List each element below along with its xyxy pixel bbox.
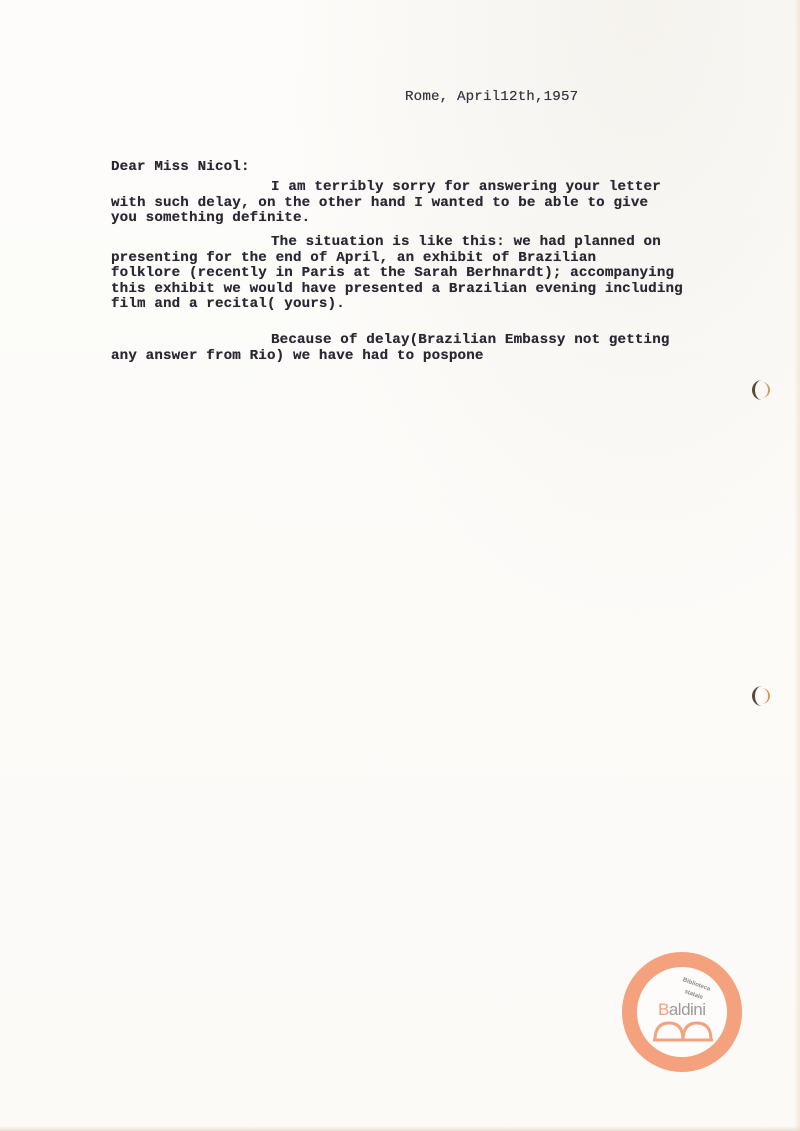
paragraph-2: The situation is like this: we had plann…: [111, 235, 683, 313]
stamp-name-initial: B: [658, 1000, 669, 1019]
salutation: Dear Miss Nicol:: [111, 160, 250, 176]
stamp-name: Baldini: [658, 1000, 706, 1020]
library-stamp: Biblioteca statale Baldini: [622, 952, 742, 1072]
paragraph-line: you something definite.: [111, 211, 661, 227]
page-edge-right: [794, 0, 800, 1131]
paragraph-line: with such delay, on the other hand I wan…: [111, 196, 661, 212]
paragraph-line: folklore (recently in Paris at the Sarah…: [111, 266, 683, 282]
punch-hole-icon: [752, 380, 770, 400]
paragraph-line: Because of delay(Brazilian Embassy not g…: [111, 333, 670, 349]
paragraph-line: any answer from Rio) we have had to posp…: [111, 349, 670, 365]
paragraph-line: this exhibit we would have presented a B…: [111, 282, 683, 298]
paragraph-3: Because of delay(Brazilian Embassy not g…: [111, 333, 670, 364]
paragraph-line: presenting for the end of April, an exhi…: [111, 251, 683, 267]
paragraph-1: I am terribly sorry for answering your l…: [111, 180, 661, 227]
paragraph-line: film and a recital( yours).: [111, 297, 683, 313]
paragraph-line: The situation is like this: we had plann…: [111, 235, 683, 251]
open-book-icon: [652, 1020, 714, 1042]
paragraph-line: I am terribly sorry for answering your l…: [111, 180, 661, 196]
page-edge-bottom: [0, 1126, 800, 1131]
dateline: Rome, April12th,1957: [405, 90, 578, 106]
stamp-name-rest: aldini: [669, 1000, 706, 1019]
punch-hole-icon: [752, 686, 770, 706]
